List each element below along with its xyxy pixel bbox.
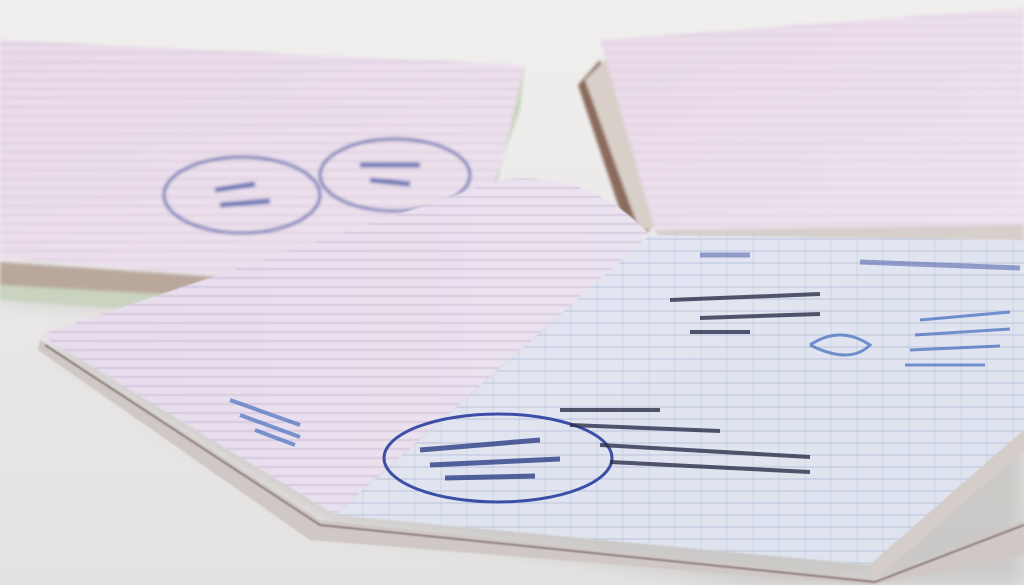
passports-photo	[0, 0, 1024, 585]
passport-top-right	[578, 8, 1024, 245]
